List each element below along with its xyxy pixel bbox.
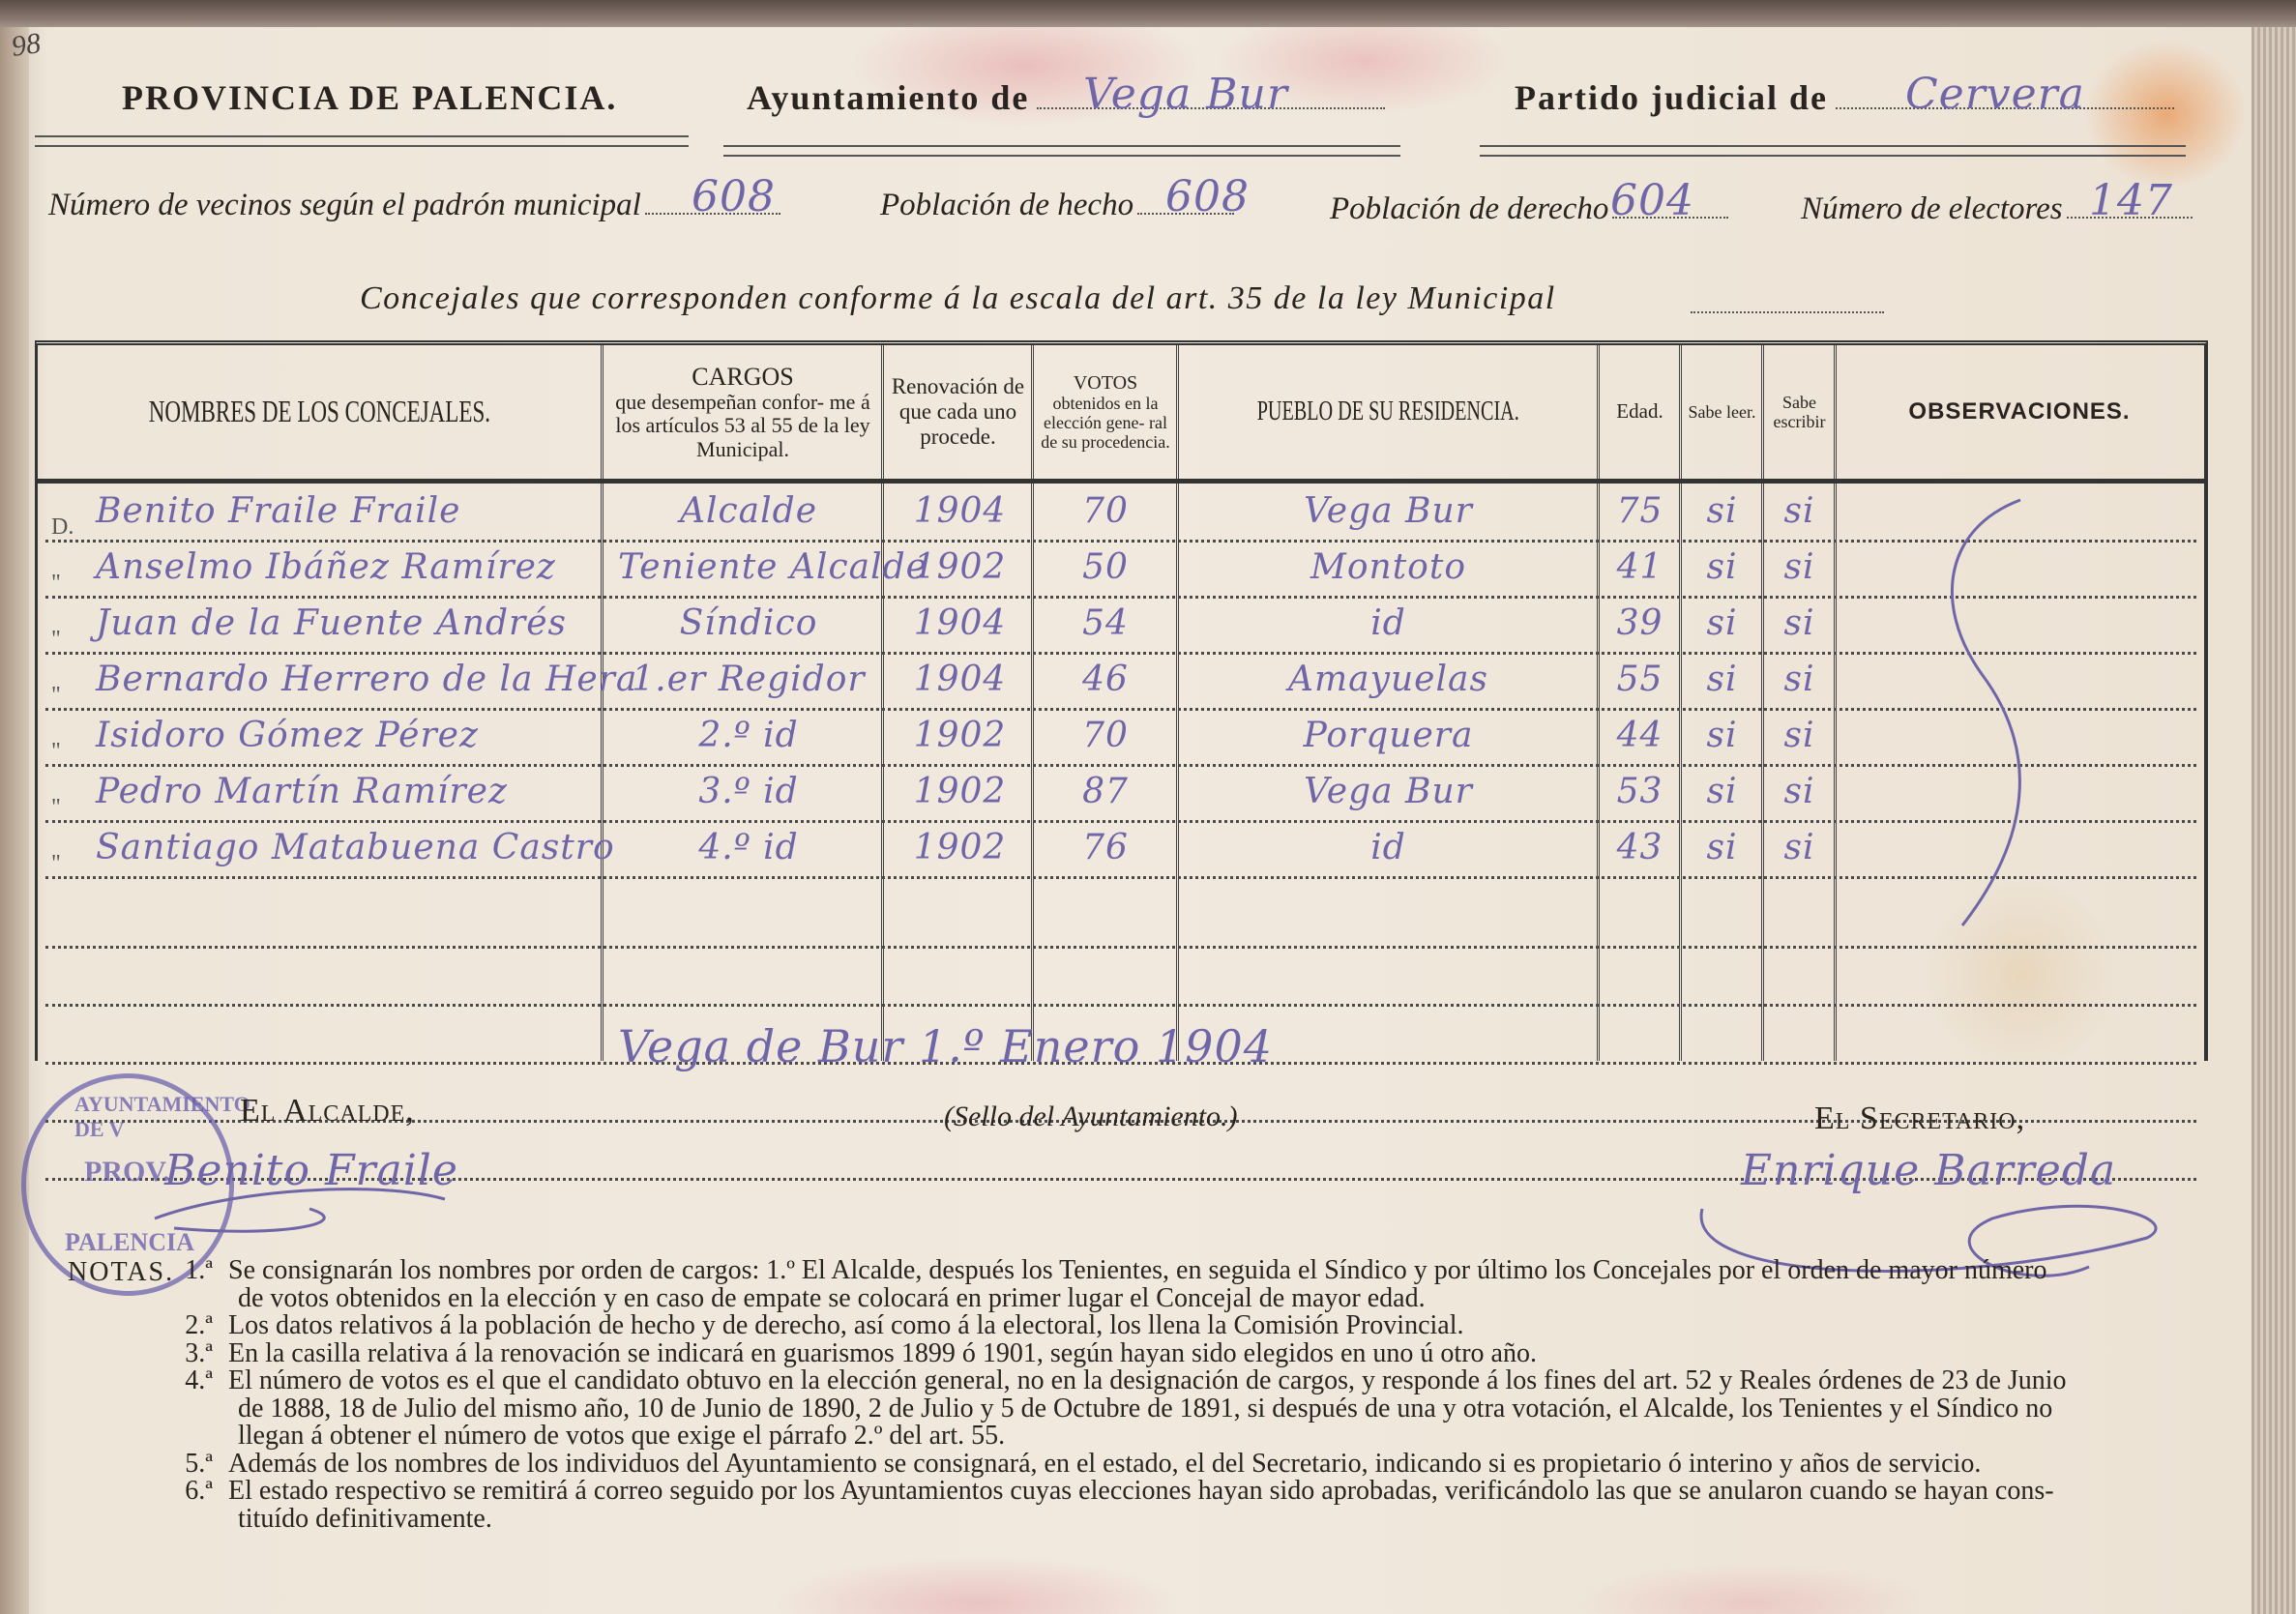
cell-leer: si [1683, 491, 1761, 531]
vecinos-field: Número de vecinos según el padrón munici… [48, 186, 780, 223]
header-votos: VOTOS obtenidos en la elección gene- ral… [1035, 345, 1176, 479]
concejal-name: Benito Fraile Fraile [96, 491, 460, 531]
concejales-table: NOMBRES DE LOS CONCEJALES. CARGOS que de… [35, 340, 2208, 1061]
header-leer: Sabe leer. [1683, 345, 1761, 479]
cell-leer: si [1683, 772, 1761, 811]
header-nombres: NOMBRES DE LOS CONCEJALES. [38, 345, 601, 479]
note-item: 2.ªLos datos relativos á la población de… [145, 1312, 2224, 1340]
note-item: 4.ªEl número de votos es el que el candi… [145, 1367, 2224, 1395]
cell-renovacion: 1904 [889, 603, 1031, 643]
row-rule [45, 540, 2196, 543]
note-text: Los datos relativos á la población de he… [228, 1312, 2224, 1340]
ditto-mark: " [51, 795, 61, 821]
cell-leer: si [1683, 828, 1761, 867]
date-line: Vega de Bur 1.º Enero 1904 [618, 1020, 1273, 1072]
cell-escribir: si [1765, 772, 1834, 811]
cell-escribir: si [1765, 491, 1834, 531]
cell-edad: 44 [1601, 716, 1679, 755]
alcalde-label: El Alcalde, [240, 1093, 415, 1130]
ditto-mark: D. [51, 514, 74, 541]
cell-leer: si [1683, 547, 1761, 587]
vecinos-value: 608 [692, 172, 776, 221]
table-subtitle: Concejales que corresponden conforme á l… [360, 280, 1556, 317]
cell-leer: si [1683, 716, 1761, 755]
cell-pueblo: Vega Bur [1180, 772, 1597, 811]
alcalde-flourish [135, 1180, 455, 1238]
concejal-name: Juan de la Fuente Andrés [96, 603, 567, 643]
rule [1480, 145, 2186, 157]
cell-pueblo: Vega Bur [1180, 491, 1597, 531]
cell-cargo: 2.º id [618, 716, 879, 755]
note-number: 5.ª [145, 1451, 228, 1479]
note-item: 3.ªEn la casilla relativa á la renovació… [145, 1340, 2224, 1368]
cell-edad: 39 [1601, 603, 1679, 643]
book-spine [0, 27, 29, 1614]
sello-label: (Sello del Ayuntamiento.) [944, 1100, 1238, 1133]
note-text: Además de los nombres de los individuos … [228, 1451, 2224, 1479]
cell-cargo: 1.er Regidor [618, 660, 879, 699]
cell-edad: 55 [1601, 660, 1679, 699]
cell-renovacion: 1902 [889, 772, 1031, 811]
cell-votos: 46 [1035, 660, 1176, 699]
cell-renovacion: 1904 [889, 660, 1031, 699]
concejal-name: Pedro Martín Ramírez [96, 772, 508, 811]
cell-edad: 53 [1601, 772, 1679, 811]
observaciones-strike-mark [1904, 490, 2078, 935]
ayuntamiento-label: Ayuntamiento de [747, 77, 1029, 118]
cell-leer: si [1683, 660, 1761, 699]
header-pueblo: PUEBLO DE SU RESIDENCIA. [1180, 345, 1597, 479]
note-text: llegan á obtener el número de votos que … [238, 1423, 2224, 1451]
cell-votos: 54 [1035, 603, 1176, 643]
row-rule [45, 708, 2196, 711]
note-continuation: tituído definitivamente. [145, 1506, 2224, 1534]
notes-list: 1.ªSe consignarán los nombres por orden … [145, 1257, 2224, 1533]
row-rule [45, 1004, 2196, 1007]
ditto-mark: " [51, 627, 61, 653]
concejal-name: Isidoro Gómez Pérez [96, 716, 479, 755]
electores-label: Número de electores [1801, 191, 2063, 227]
note-continuation: de votos obtenidos en la elección y en c… [145, 1285, 2224, 1313]
note-number: 2.ª [145, 1312, 228, 1340]
cell-escribir: si [1765, 716, 1834, 755]
cell-renovacion: 1904 [889, 491, 1031, 531]
derecho-label: Población de derecho [1330, 191, 1608, 227]
note-text: de votos obtenidos en la elección y en c… [238, 1285, 2224, 1313]
header-escribir: Sabe escribir [1765, 345, 1834, 479]
cell-votos: 76 [1035, 828, 1176, 867]
note-continuation: llegan á obtener el número de votos que … [145, 1423, 2224, 1451]
row-rule [45, 596, 2196, 599]
row-rule [45, 764, 2196, 767]
rule [35, 135, 689, 147]
note-item: 1.ªSe consignarán los nombres por orden … [145, 1257, 2224, 1285]
note-text: El número de votos es el que el candidat… [228, 1367, 2224, 1395]
cell-pueblo: Amayuelas [1180, 660, 1597, 699]
note-number: 1.ª [145, 1257, 228, 1285]
concejal-name: Santiago Matabuena Castro [96, 828, 615, 867]
cell-renovacion: 1902 [889, 547, 1031, 587]
header-renovacion: Renovación de que cada uno procede. [885, 345, 1031, 479]
cell-renovacion: 1902 [889, 716, 1031, 755]
note-item: 6.ªEl estado respectivo se remitirá á co… [145, 1478, 2224, 1506]
cell-pueblo: Porquera [1180, 716, 1597, 755]
cell-edad: 43 [1601, 828, 1679, 867]
note-number: 4.ª [145, 1367, 228, 1395]
cell-cargo: 4.º id [618, 828, 879, 867]
hecho-label: Población de hecho [880, 188, 1133, 223]
row-rule [45, 946, 2196, 949]
cell-cargo: 3.º id [618, 772, 879, 811]
header-cargos: CARGOS que desempeñan confor- me á los a… [604, 345, 881, 479]
page-number: 98 [10, 27, 43, 64]
partido-value: Cervera [1905, 70, 2085, 119]
cell-pueblo: id [1180, 603, 1597, 643]
note-text: Se consignarán los nombres por orden de … [228, 1257, 2224, 1285]
provincia-title: PROVINCIA DE PALENCIA. [122, 77, 617, 118]
cell-escribir: si [1765, 660, 1834, 699]
ayuntamiento-value: Vega Bur [1083, 70, 1288, 119]
cell-cargo: Teniente Alcalde [618, 547, 879, 587]
note-continuation: de 1888, 18 de Julio del mismo año, 10 d… [145, 1395, 2224, 1423]
ditto-mark: " [51, 851, 61, 877]
note-item: 5.ªAdemás de los nombres de los individu… [145, 1451, 2224, 1479]
ditto-mark: " [51, 739, 61, 765]
header-edad: Edad. [1601, 345, 1679, 479]
cell-votos: 70 [1035, 491, 1176, 531]
row-rule [45, 820, 2196, 823]
cell-leer: si [1683, 603, 1761, 643]
note-text: En la casilla relativa á la renovación s… [228, 1340, 2224, 1368]
header-observaciones: OBSERVACIONES. [1838, 345, 2201, 479]
rule [723, 145, 1400, 157]
cell-edad: 75 [1601, 491, 1679, 531]
cell-edad: 41 [1601, 547, 1679, 587]
row-rule [45, 652, 2196, 655]
cell-cargo: Alcalde [618, 491, 879, 531]
note-number: 6.ª [145, 1478, 228, 1506]
hecho-value: 608 [1165, 172, 1250, 221]
page-edges [2252, 27, 2296, 1614]
cell-votos: 50 [1035, 547, 1176, 587]
derecho-value: 604 [1610, 176, 1694, 225]
cell-pueblo: Montoto [1180, 547, 1597, 587]
ayuntamiento-field: Ayuntamiento de [747, 77, 1385, 118]
ditto-mark: " [51, 683, 61, 709]
row-rule [45, 876, 2196, 879]
secretario-label: El Secretario, [1814, 1100, 2025, 1137]
note-text: de 1888, 18 de Julio del mismo año, 10 d… [238, 1395, 2224, 1423]
partido-label: Partido judicial de [1515, 77, 1828, 118]
note-text: tituído definitivamente. [238, 1506, 2224, 1534]
ditto-mark: " [51, 571, 61, 597]
cell-renovacion: 1902 [889, 828, 1031, 867]
cell-escribir: si [1765, 603, 1834, 643]
cell-votos: 87 [1035, 772, 1176, 811]
cell-votos: 70 [1035, 716, 1176, 755]
electores-value: 147 [2089, 176, 2173, 225]
vecinos-label: Número de vecinos según el padrón munici… [48, 188, 641, 223]
concejal-name: Bernardo Herrero de la Hera [96, 660, 637, 699]
cell-pueblo: id [1180, 828, 1597, 867]
cell-escribir: si [1765, 547, 1834, 587]
note-number: 3.ª [145, 1340, 228, 1368]
provincia-label: PROVINCIA DE PALENCIA. [122, 77, 617, 118]
cell-cargo: Síndico [618, 603, 879, 643]
concejal-name: Anselmo Ibáñez Ramírez [96, 547, 556, 587]
cell-escribir: si [1765, 828, 1834, 867]
note-text: El estado respectivo se remitirá á corre… [228, 1478, 2224, 1506]
